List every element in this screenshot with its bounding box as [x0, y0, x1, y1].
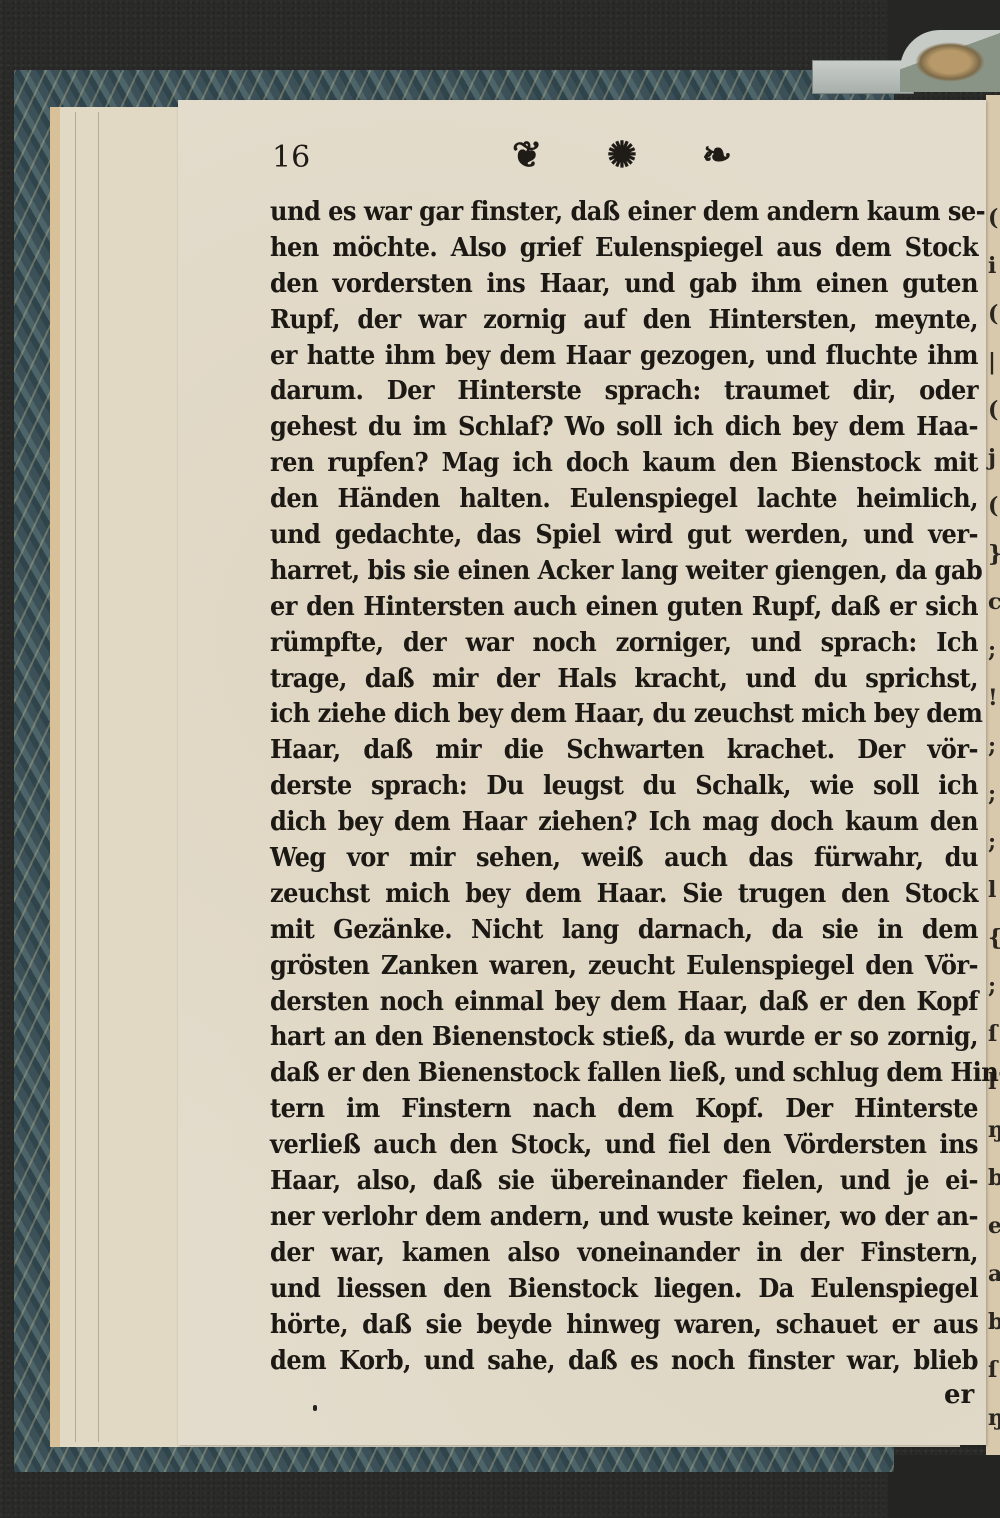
facing-page-fragment: i	[988, 253, 996, 279]
text-line: den vordersten ins Haar, und gab ihm ein…	[270, 266, 978, 302]
facing-page-fragment: ;	[988, 973, 996, 999]
text-line: zeuchst mich bey dem Haar. Sie trugen de…	[270, 876, 978, 912]
page-stack-edge-line	[75, 112, 76, 1442]
facing-page-edge: (i(|(j(}c;!;;;l{;ſlŋbeabſŋ	[986, 95, 1000, 1455]
text-line: ren rupfen? Mag ich doch kaum den Bienst…	[270, 445, 978, 481]
facing-page-fragment: a	[988, 1261, 1000, 1287]
text-line: tern im Finstern nach dem Kopf. Der Hint…	[270, 1091, 978, 1127]
facing-page-fragment: c	[988, 589, 1000, 615]
fleuron-right-icon: ❧	[702, 137, 732, 173]
rosette-icon: ✺	[607, 137, 637, 173]
text-line: dersten noch einmal bey dem Haar, daß er…	[270, 984, 978, 1020]
text-line: ner verlohr dem andern, und wuste keiner…	[270, 1199, 978, 1235]
text-line: grösten Zanken waren, zeucht Eulenspiege…	[270, 948, 978, 984]
facing-page-fragment: (	[988, 397, 998, 423]
page-stack-edge-line	[98, 112, 99, 1442]
facing-page-fragment: ;	[988, 829, 996, 855]
text-line: und gedachte, das Spiel wird gut werden,…	[270, 517, 978, 553]
text-line: harret, bis sie einen Acker lang weiter …	[270, 553, 978, 589]
book-clasp	[812, 60, 914, 94]
facing-page-fragment: b	[988, 1165, 1000, 1191]
ink-speck	[313, 1405, 317, 1411]
facing-page-fragment: ;	[988, 733, 996, 759]
facing-page-fragment: l	[988, 877, 996, 903]
facing-page-fragment: ſ	[988, 1021, 997, 1047]
facing-page-fragment: (	[988, 205, 998, 231]
felt-shadow-strip-bottom	[888, 1455, 1000, 1518]
text-line: hen möchte. Also grief Eulenspiegel aus …	[270, 230, 978, 266]
facing-page-fragment: ;	[988, 781, 996, 807]
text-line: derste sprach: Du leugst du Schalk, wie …	[270, 768, 978, 804]
facing-page-fragment: (	[988, 493, 998, 519]
text-line: Weg vor mir sehen, weiß auch das fürwahr…	[270, 840, 978, 876]
text-line: rümpfte, der war noch zorniger, und spra…	[270, 625, 978, 661]
facing-page-fragment: ſ	[988, 1357, 997, 1383]
text-line: Haar, daß mir die Schwarten krachet. Der…	[270, 732, 978, 768]
facing-page-fragment: j	[988, 445, 996, 471]
text-line: den Händen halten. Eulenspiegel lachte h…	[270, 481, 978, 517]
text-line: und es war gar finster, daß einer dem an…	[270, 194, 978, 230]
text-line: ich ziehe dich bey dem Haar, du zeuchst …	[270, 696, 978, 732]
book-tie-knot	[915, 42, 985, 82]
text-line: darum. Der Hinterste sprach: traumet dir…	[270, 373, 978, 409]
text-line: mit Gezänke. Nicht lang darnach, da sie …	[270, 912, 978, 948]
text-line: gehest du im Schlaf? Wo soll ich dich be…	[270, 409, 978, 445]
facing-page-fragment: }	[988, 541, 1000, 567]
facing-page-fragment: {	[988, 925, 1000, 951]
facing-page-fragment: e	[988, 1213, 1000, 1239]
text-line: er hatte ihm bey dem Haar gezogen, und f…	[270, 338, 978, 374]
text-line: hörte, daß sie beyde hinweg waren, schau…	[270, 1307, 978, 1343]
text-line: daß er den Bienenstock fallen ließ, und …	[270, 1055, 978, 1091]
headpiece-ornament: ❦ ✺ ❧	[512, 130, 732, 180]
catchword: er	[944, 1380, 974, 1410]
facing-page-fragment: b	[988, 1309, 1000, 1335]
text-line: verließ auch den Stock, und fiel den Vör…	[270, 1127, 978, 1163]
text-line: dem Korb, und sahe, daß es noch finster …	[270, 1343, 978, 1379]
fleuron-left-icon: ❦	[512, 137, 542, 173]
body-text: und es war gar finster, daß einer dem an…	[270, 194, 978, 1378]
text-line: Haar, also, daß sie übereinander fielen,…	[270, 1163, 978, 1199]
page-number: 16	[272, 140, 310, 175]
text-line: dich bey dem Haar ziehen? Ich mag doch k…	[270, 804, 978, 840]
facing-page-fragment: |	[988, 349, 996, 375]
text-line: und liessen den Bienstock liegen. Da Eul…	[270, 1271, 978, 1307]
text-line: Rupf, der war zornig auf den Hintersten,…	[270, 302, 978, 338]
text-line: der war, kamen also voneinander in der F…	[270, 1235, 978, 1271]
text-line: er den Hintersten auch einen guten Rupf,…	[270, 589, 978, 625]
facing-page-fragment: !	[988, 685, 998, 711]
text-line: trage, daß mir der Hals kracht, und du s…	[270, 661, 978, 697]
text-line: hart an den Bienenstock stieß, da wurde …	[270, 1019, 978, 1055]
facing-page-fragment: ŋ	[988, 1405, 1000, 1431]
facing-page-fragment: ;	[988, 637, 996, 663]
facing-page-fragment: ŋ	[988, 1117, 1000, 1143]
facing-page-fragment: (	[988, 301, 998, 327]
